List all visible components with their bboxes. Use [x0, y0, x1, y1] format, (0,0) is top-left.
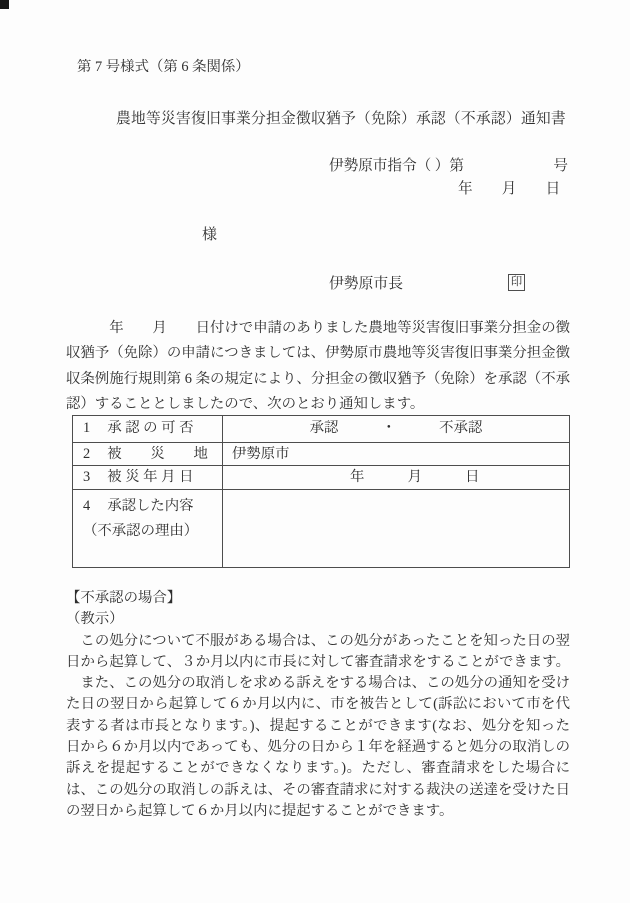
table-row: 2被 災 地 伊勢原市 [73, 442, 569, 465]
row-value-cell: 伊勢原市 [223, 443, 569, 465]
disapproval-notice-section: 【不承認の場合】 （教示） この処分について不服がある場合は、この処分があったこ… [66, 588, 570, 822]
row-value-cell: 年 月 日 [223, 466, 569, 489]
notice-line: また、この処分の取消しを求める訴えをする場合は、この処分の通知を受け [66, 673, 570, 694]
row-number: 1 [83, 420, 90, 436]
row-label-cell: 1承 認 の 可 否 [73, 416, 223, 442]
row-value-cell: 承認 ・ 不承認 [223, 416, 569, 442]
notice-line: た日の翌日から起算して６か月以内に、市を被告として(訴訟において市を代 [66, 694, 570, 715]
notice-subheading: （教示） [66, 609, 570, 630]
notice-line: この処分について不服がある場合は、この処分があったことを知った日の翌 [66, 631, 570, 652]
directive-number-line: 伊勢原市指令（ ）第 号 [329, 159, 568, 174]
paragraph-line: 年 月 日付けで申請のありました農地等災害復旧事業分担金の徴 [66, 316, 570, 341]
document-page: 第 7 号様式（第 6 条関係） 農地等災害復旧事業分担金徴収猶予（免除）承認（… [0, 0, 630, 903]
paragraph-line: 認）することとしましたので、次のとおり通知します。 [66, 392, 570, 417]
row-label: 被 災 年 月 日 [107, 469, 193, 485]
notice-line: 日から起算して、３か月以内に市長に対して審査請求をすることができます。 [66, 652, 570, 673]
row-number: 2 [83, 446, 90, 462]
row-label-line1: 4承認した内容 [83, 494, 222, 519]
paragraph-line: 収猶予（免除）の申請につきましては、伊勢原市農地等災害復旧事業分担金徴 [66, 341, 570, 366]
addressee-honorific: 様 [202, 228, 217, 243]
row-label-cell: 3被 災 年 月 日 [73, 466, 223, 489]
directive-number-suffix: 号 [553, 159, 568, 174]
row-label-cell: 4承認した内容 （不承認の理由） [73, 490, 223, 567]
row-number: 3 [83, 469, 90, 485]
row-label-line2: （不承認の理由） [83, 519, 222, 544]
paragraph-line: 収条例施行規則第 6 条の規定により、分担金の徴収猶予（免除）を承認（不承 [66, 367, 570, 392]
seal-character: 印 [511, 277, 523, 289]
notice-line: の翌日から起算して６か月以内に提起することができます。 [66, 801, 570, 822]
directive-prefix: 伊勢原市指令（ ）第 [329, 159, 464, 174]
notification-paragraph: 年 月 日付けで申請のありました農地等災害復旧事業分担金の徴 収猶予（免除）の申… [66, 316, 570, 418]
row-label: 承 認 の 可 否 [107, 420, 193, 436]
row-number: 4 [83, 498, 90, 514]
issuer-name: 伊勢原市長 [329, 277, 403, 292]
notice-line: 表する者は市長となります。)、提起することができます(なお、処分を知った [66, 716, 570, 737]
row-label-cell: 2被 災 地 [73, 443, 223, 465]
row-label: 被 災 地 [107, 446, 208, 462]
document-title: 農地等災害復旧事業分担金徴収猶予（免除）承認（不承認）通知書 [116, 112, 566, 127]
table-row: 1承 認 の 可 否 承認 ・ 不承認 [73, 416, 569, 442]
notice-line: 日から６か月以内であっても、処分の日から１年を経過すると処分の取消しの [66, 737, 570, 758]
notice-line: は、この処分の取消しの訴えは、その審査請求に対する裁決の送達を受けた日 [66, 780, 570, 801]
notice-heading: 【不承認の場合】 [66, 588, 570, 609]
form-number: 第 7 号様式（第 6 条関係） [77, 60, 250, 74]
scan-corner-mark [0, 0, 9, 9]
row-value-cell [223, 490, 569, 567]
table-row: 3被 災 年 月 日 年 月 日 [73, 465, 569, 489]
row-label: 承認した内容 [107, 498, 193, 514]
notice-line: 訴えを提起することができなくなります。)。ただし、審査請求をした場合に [66, 758, 570, 779]
seal-stamp-icon: 印 [508, 274, 525, 291]
table-row: 4承認した内容 （不承認の理由） [73, 489, 569, 567]
issue-date-line: 年 月 日 [458, 182, 560, 197]
approval-table: 1承 認 の 可 否 承認 ・ 不承認 2被 災 地 伊勢原市 3被 災 年 月… [72, 415, 570, 568]
